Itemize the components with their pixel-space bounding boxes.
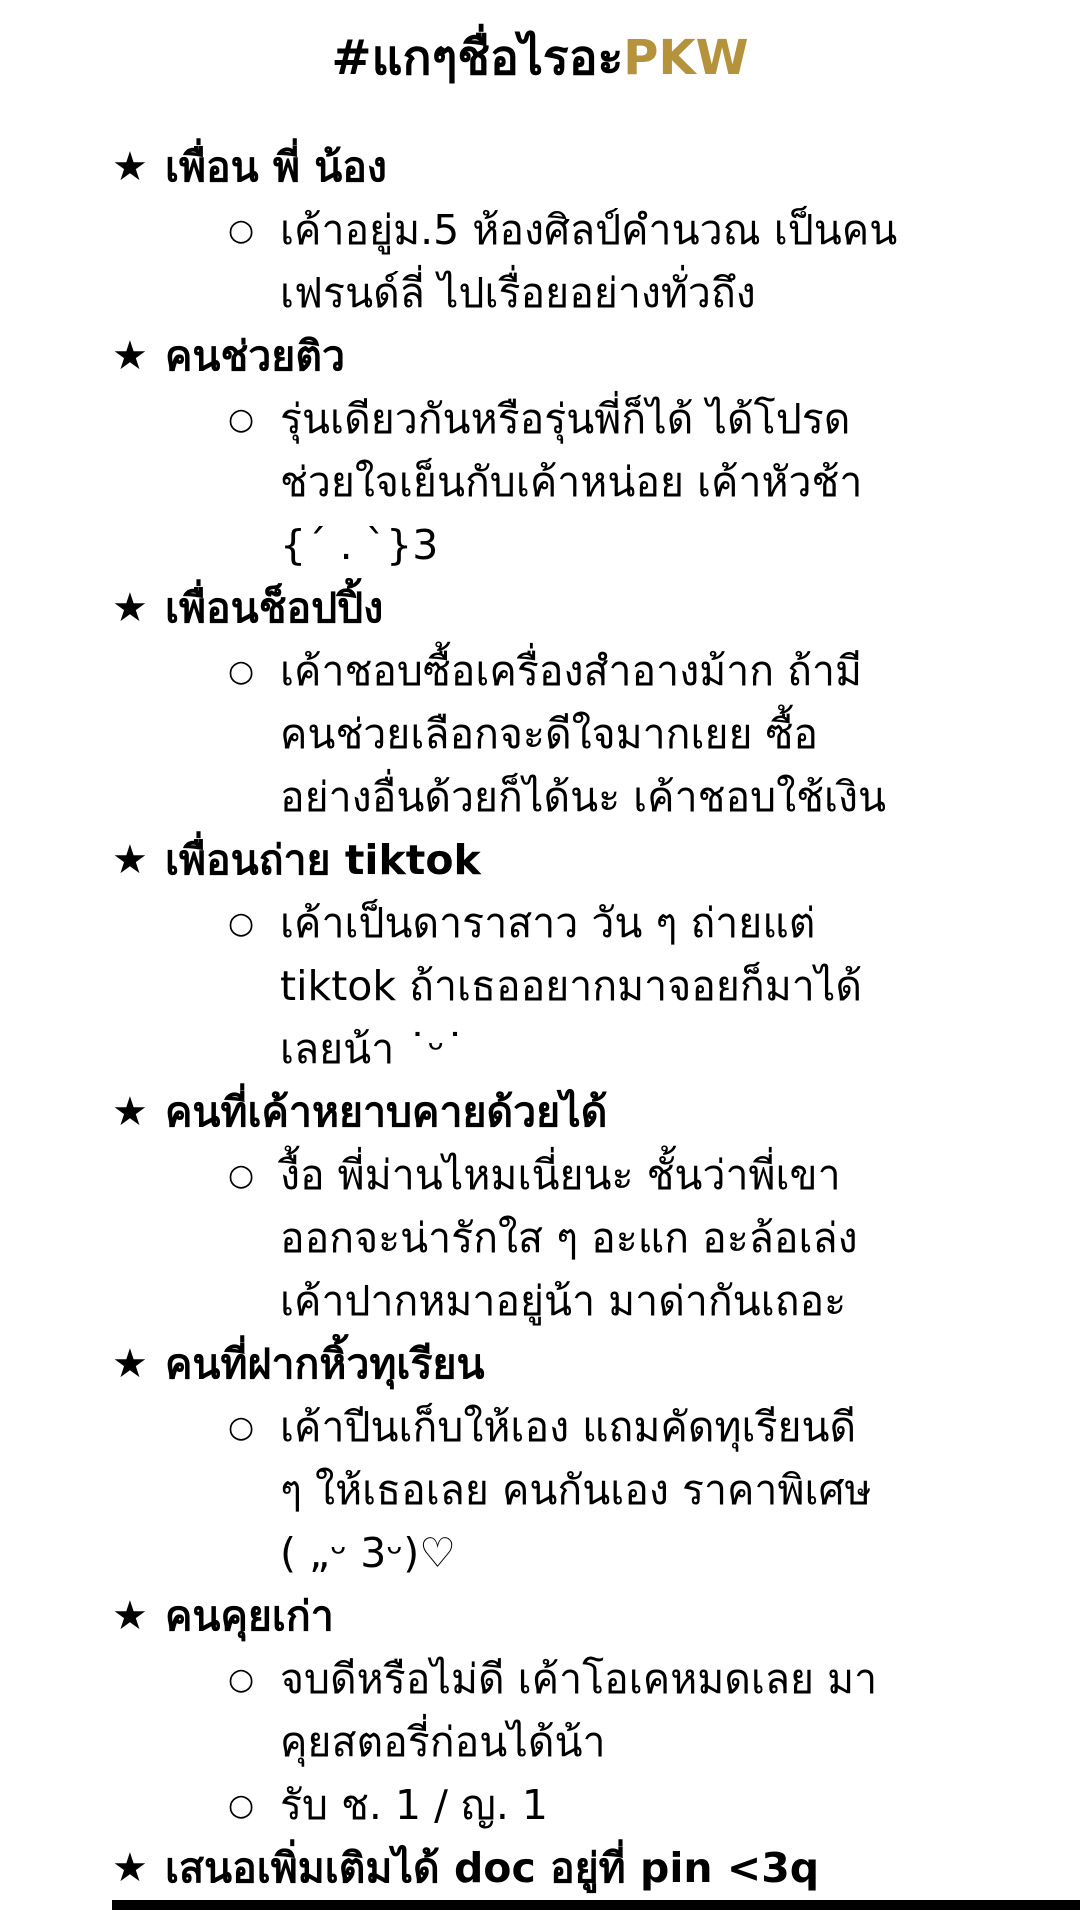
section-header: ★เพื่อนช็อปปิ้ง xyxy=(0,577,1080,640)
circle-bullet-icon: ○ xyxy=(228,199,280,262)
bullet-text-line: เค้าปีนเก็บให้เอง แถมคัดทุเรียนดี xyxy=(280,1396,1080,1459)
section-header-label: เพื่อน พี่ น้อง xyxy=(165,136,1080,199)
section-header: ★เพื่อนถ่าย tiktok xyxy=(0,829,1080,892)
bullet-text-line: เฟรนด์ลี่ ไปเรื่อยอย่างทั่วถึง xyxy=(280,262,1080,325)
circle-bullet-icon: ○ xyxy=(228,892,280,955)
circle-bullet-icon: ○ xyxy=(228,1396,280,1459)
bullet-text-line: เค้าอยู่ม.5 ห้องศิลป์คำนวณ เป็นคน xyxy=(280,199,1080,262)
sub-bullet: ○เค้าอยู่ม.5 ห้องศิลป์คำนวณ เป็นคนเฟรนด์… xyxy=(0,199,1080,325)
page-title: #แกๆชื่อไรอะPKW xyxy=(0,0,1080,94)
star-bullet-icon: ★ xyxy=(112,1837,165,1900)
section-header-label: คนที่ฝากหิ้วทุเรียน xyxy=(165,1333,1080,1396)
bullet-text-line: รุ่นเดียวกันหรือรุ่นพี่ก็ได้ ได้โปรด xyxy=(280,388,1080,451)
star-bullet-icon: ★ xyxy=(112,1081,165,1144)
bullet-text: เค้าชอบซื้อเครื่องสำอางม้าก ถ้ามีคนช่วยเ… xyxy=(280,640,1080,829)
circle-bullet-icon: ○ xyxy=(228,1144,280,1207)
section-header-label: คนที่เค้าหยาบคายด้วยได้ xyxy=(165,1081,1080,1144)
section-header: ★เพื่อน พี่ น้อง xyxy=(0,136,1080,199)
circle-bullet-icon: ○ xyxy=(228,640,280,703)
section-header: ★คนช่วยติว xyxy=(0,325,1080,388)
bullet-text-line: ช่วยใจเย็นกับเค้าหน่อย เค้าหัวช้า xyxy=(280,451,1080,514)
bullet-text: เค้าเป็นดาราสาว วัน ๆ ถ่ายแต่tiktok ถ้าเ… xyxy=(280,892,1080,1081)
list-section: ★เสนอเพิ่มเติมได้ doc อยู่ที่ pin <3q xyxy=(0,1837,1080,1900)
list-section: ★คนที่ฝากหิ้วทุเรียน○เค้าปีนเก็บให้เอง แ… xyxy=(0,1333,1080,1585)
bullet-text-line: จบดีหรือไม่ดี เค้าโอเคหมดเลย มา xyxy=(280,1648,1080,1711)
section-header-label: เพื่อนถ่าย tiktok xyxy=(165,829,1080,892)
section-header-label: คนคุยเก่า xyxy=(165,1585,1080,1648)
bullet-text-line: {´ . `}3 xyxy=(280,514,1080,577)
section-header: ★คนที่เค้าหยาบคายด้วยได้ xyxy=(0,1081,1080,1144)
list-section: ★คนคุยเก่า○จบดีหรือไม่ดี เค้าโอเคหมดเลย … xyxy=(0,1585,1080,1837)
star-bullet-icon: ★ xyxy=(112,1585,165,1648)
bullet-text-line: รับ ช. 1 / ญ. 1 xyxy=(280,1774,1080,1837)
star-bullet-icon: ★ xyxy=(112,1333,165,1396)
sub-bullet: ○รับ ช. 1 / ญ. 1 xyxy=(0,1774,1080,1837)
bullet-text-line: อย่างอื่นด้วยก็ได้นะ เค้าชอบใช้เงิน xyxy=(280,766,1080,829)
sub-bullet: ○จบดีหรือไม่ดี เค้าโอเคหมดเลย มาคุยสตอรี… xyxy=(0,1648,1080,1774)
star-bullet-icon: ★ xyxy=(112,325,165,388)
list-section: ★คนช่วยติว○รุ่นเดียวกันหรือรุ่นพี่ก็ได้ … xyxy=(0,325,1080,577)
bullet-text-line: ออกจะน่ารักใส ๆ อะแก อะล้อเล่ง xyxy=(280,1207,1080,1270)
section-header-label: เพื่อนช็อปปิ้ง xyxy=(165,577,1080,640)
list-section: ★เพื่อนช็อปปิ้ง○เค้าชอบซื้อเครื่องสำอางม… xyxy=(0,577,1080,829)
bullet-text: งื้อ พี่ม่านไหมเนี่ยนะ ชั้นว่าพี่เขาออกจ… xyxy=(280,1144,1080,1333)
sub-bullet: ○งื้อ พี่ม่านไหมเนี่ยนะ ชั้นว่าพี่เขาออก… xyxy=(0,1144,1080,1333)
sub-bullet: ○รุ่นเดียวกันหรือรุ่นพี่ก็ได้ ได้โปรดช่ว… xyxy=(0,388,1080,577)
sub-bullet: ○เค้าชอบซื้อเครื่องสำอางม้าก ถ้ามีคนช่วย… xyxy=(0,640,1080,829)
page-title-black: #แกๆชื่อไรอะ xyxy=(331,30,623,86)
circle-bullet-icon: ○ xyxy=(228,1774,280,1837)
circle-bullet-icon: ○ xyxy=(228,1648,280,1711)
bullet-text-line: เค้าเป็นดาราสาว วัน ๆ ถ่ายแต่ xyxy=(280,892,1080,955)
bullet-text-line: ( „ᵕ 3ᵕ)♡ xyxy=(280,1522,1080,1585)
bullet-text: รับ ช. 1 / ญ. 1 xyxy=(280,1774,1080,1837)
bullet-text-line: งื้อ พี่ม่านไหมเนี่ยนะ ชั้นว่าพี่เขา xyxy=(280,1144,1080,1207)
list-section: ★เพื่อน พี่ น้อง○เค้าอยู่ม.5 ห้องศิลป์คำ… xyxy=(0,136,1080,325)
list-section: ★คนที่เค้าหยาบคายด้วยได้○งื้อ พี่ม่านไหม… xyxy=(0,1081,1080,1333)
star-bullet-icon: ★ xyxy=(112,577,165,640)
sub-bullet: ○เค้าเป็นดาราสาว วัน ๆ ถ่ายแต่tiktok ถ้า… xyxy=(0,892,1080,1081)
bullet-text-line: tiktok ถ้าเธออยากมาจอยก็มาได้ xyxy=(280,955,1080,1018)
star-bullet-icon: ★ xyxy=(112,136,165,199)
section-header-label: คนช่วยติว xyxy=(165,325,1080,388)
bullet-text-line: เค้าปากหมาอยู่น้า มาด่ากันเถอะ xyxy=(280,1270,1080,1333)
sub-bullet: ○เค้าปีนเก็บให้เอง แถมคัดทุเรียนดีๆ ให้เ… xyxy=(0,1396,1080,1585)
list-section: ★เพื่อนถ่าย tiktok○เค้าเป็นดาราสาว วัน ๆ… xyxy=(0,829,1080,1081)
bullet-text-line: เค้าชอบซื้อเครื่องสำอางม้าก ถ้ามี xyxy=(280,640,1080,703)
section-header: ★คนคุยเก่า xyxy=(0,1585,1080,1648)
circle-bullet-icon: ○ xyxy=(228,388,280,451)
bullet-text: เค้าอยู่ม.5 ห้องศิลป์คำนวณ เป็นคนเฟรนด์ล… xyxy=(280,199,1080,325)
bullet-text-line: คุยสตอรี่ก่อนได้น้า xyxy=(280,1711,1080,1774)
section-header: ★เสนอเพิ่มเติมได้ doc อยู่ที่ pin <3q xyxy=(0,1837,1080,1900)
star-bullet-icon: ★ xyxy=(112,829,165,892)
page-title-gold: PKW xyxy=(623,30,748,86)
bullet-text-line: เลยน้า ˙ᵕ˙ xyxy=(280,1018,1080,1081)
bullet-text-line: คนช่วยเลือกจะดีใจมากเยย ซื้อ xyxy=(280,703,1080,766)
section-header-label: เสนอเพิ่มเติมได้ doc อยู่ที่ pin <3q xyxy=(165,1837,1080,1900)
bullet-text: จบดีหรือไม่ดี เค้าโอเคหมดเลย มาคุยสตอรี่… xyxy=(280,1648,1080,1774)
section-header: ★คนที่ฝากหิ้วทุเรียน xyxy=(0,1333,1080,1396)
cropped-next-line-bar xyxy=(112,1900,1080,1910)
bullet-list: ★เพื่อน พี่ น้อง○เค้าอยู่ม.5 ห้องศิลป์คำ… xyxy=(0,136,1080,1900)
bullet-text-line: ๆ ให้เธอเลย คนกันเอง ราคาพิเศษ xyxy=(280,1459,1080,1522)
bullet-text: รุ่นเดียวกันหรือรุ่นพี่ก็ได้ ได้โปรดช่วย… xyxy=(280,388,1080,577)
bullet-text: เค้าปีนเก็บให้เอง แถมคัดทุเรียนดีๆ ให้เธ… xyxy=(280,1396,1080,1585)
